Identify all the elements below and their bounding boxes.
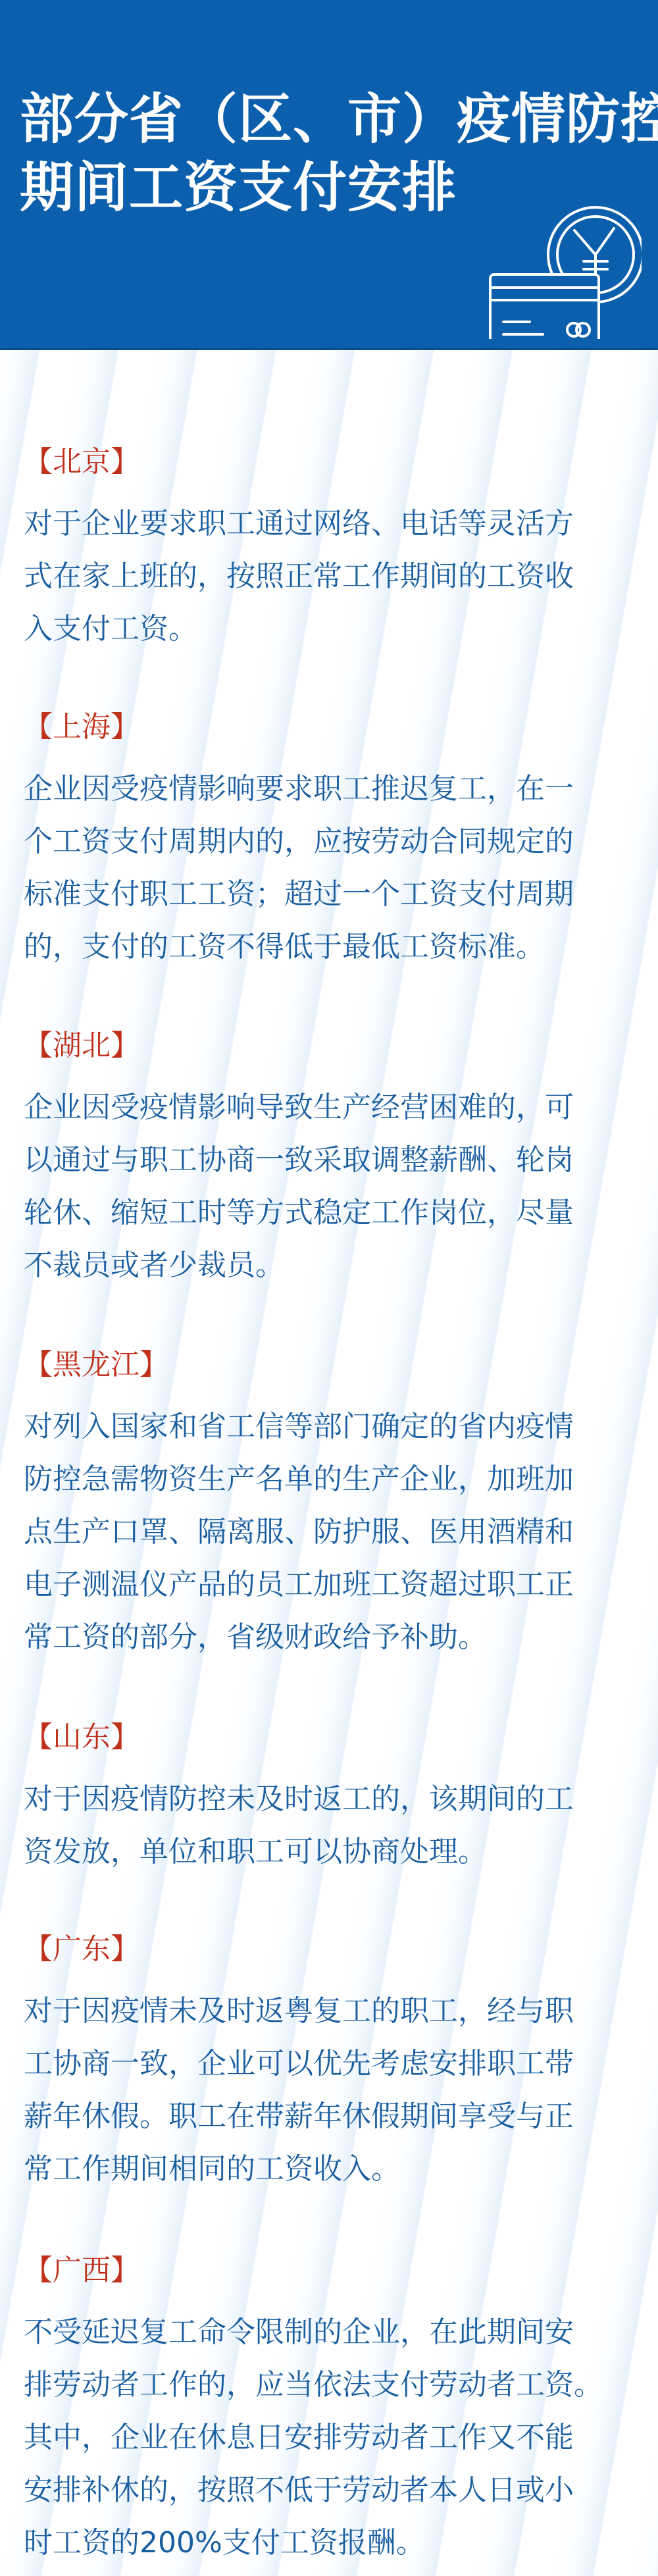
text-line: 不裁员或者少裁员。 — [24, 1239, 649, 1292]
header-banner: 部分省（区、市）疫情防控 期间工资支付安排 — [0, 0, 658, 350]
text-line: 企业因受疫情影响要求职工推迟复工，在一 — [24, 763, 649, 815]
text-line: 点生产口罩、隔离服、防护服、医用酒精和 — [24, 1506, 649, 1558]
section-guangxi: 【广西】 不受延迟复工命令限制的企业，在此期间安 排劳动者工作的，应当依法支付劳… — [24, 2251, 649, 2569]
region-heading: 【北京】 — [24, 442, 649, 482]
section-hubei: 【湖北】 企业因受疫情影响导致生产经营困难的，可 以通过与职工协商一致采取调整薪… — [24, 1026, 649, 1292]
section-text: 对列入国家和省工信等部门确定的省内疫情 防控急需物资生产名单的生产企业，加班加 … — [24, 1401, 649, 1664]
text-line: 对于因疫情未及时返粤复工的职工，经与职 — [24, 1985, 649, 2038]
region-heading: 【山东】 — [24, 1718, 649, 1757]
text-line: 的，支付的工资不得低于最低工资标准。 — [24, 921, 649, 973]
text-line: 常工资的部分，省级财政给予补助。 — [24, 1611, 649, 1664]
text-line: 资发放，单位和职工可以协商处理。 — [24, 1826, 649, 1878]
text-line: 入支付工资。 — [24, 603, 649, 656]
text-line: 安排补休的，按照不低于劳动者本人日或小 — [24, 2464, 649, 2517]
section-text: 对于因疫情防控未及时返工的，该期间的工 资发放，单位和职工可以协商处理。 — [24, 1773, 649, 1878]
text-line: 对于企业要求职工通过网络、电话等灵活方 — [24, 498, 649, 550]
text-line: 个工资支付周期内的，应按劳动合同规定的 — [24, 815, 649, 868]
text-line: 轮休、缩短工时等方式稳定工作岗位，尽量 — [24, 1187, 649, 1239]
text-line: 时工资的200%支付工资报酬。 — [24, 2517, 649, 2569]
text-line: 排劳动者工作的，应当依法支付劳动者工资。 — [24, 2359, 649, 2411]
section-beijing: 【北京】 对于企业要求职工通过网络、电话等灵活方 式在家上班的，按照正常工作期间… — [24, 442, 649, 656]
section-text: 不受延迟复工命令限制的企业，在此期间安 排劳动者工作的，应当依法支付劳动者工资。… — [24, 2306, 649, 2569]
section-heilongjiang: 【黑龙江】 对列入国家和省工信等部门确定的省内疫情 防控急需物资生产名单的生产企… — [24, 1345, 649, 1664]
content-area: 【北京】 对于企业要求职工通过网络、电话等灵活方 式在家上班的，按照正常工作期间… — [0, 350, 658, 2576]
section-text: 企业因受疫情影响要求职工推迟复工，在一 个工资支付周期内的，应按劳动合同规定的 … — [24, 763, 649, 973]
credit-card-yuan-coin-icon — [477, 201, 642, 339]
section-text: 对于因疫情未及时返粤复工的职工，经与职 工协商一致，企业可以优先考虑安排职工带 … — [24, 1985, 649, 2196]
text-line: 薪年休假。职工在带薪年休假期间享受与正 — [24, 2090, 649, 2143]
region-heading: 【上海】 — [24, 708, 649, 747]
text-line: 以通过与职工协商一致采取调整薪酬、轮岗 — [24, 1134, 649, 1187]
text-line: 防控急需物资生产名单的生产企业，加班加 — [24, 1453, 649, 1506]
text-line: 企业因受疫情影响导致生产经营困难的，可 — [24, 1081, 649, 1134]
title-line-1: 部分省（区、市）疫情防控 — [20, 86, 658, 154]
section-shanghai: 【上海】 企业因受疫情影响要求职工推迟复工，在一 个工资支付周期内的，应按劳动合… — [24, 708, 649, 973]
text-line: 不受延迟复工命令限制的企业，在此期间安 — [24, 2306, 649, 2359]
section-shandong: 【山东】 对于因疫情防控未及时返工的，该期间的工 资发放，单位和职工可以协商处理… — [24, 1718, 649, 1878]
region-heading: 【湖北】 — [24, 1026, 649, 1066]
text-line: 其中，企业在休息日安排劳动者工作又不能 — [24, 2411, 649, 2464]
section-text: 企业因受疫情影响导致生产经营困难的，可 以通过与职工协商一致采取调整薪酬、轮岗 … — [24, 1081, 649, 1292]
text-line: 标准支付职工工资；超过一个工资支付周期 — [24, 868, 649, 921]
text-line: 对于因疫情防控未及时返工的，该期间的工 — [24, 1773, 649, 1826]
text-line: 对列入国家和省工信等部门确定的省内疫情 — [24, 1401, 649, 1453]
region-heading: 【黑龙江】 — [24, 1345, 649, 1385]
text-line: 式在家上班的，按照正常工作期间的工资收 — [24, 550, 649, 603]
text-line: 常工作期间相同的工资收入。 — [24, 2143, 649, 2196]
section-guangdong: 【广东】 对于因疫情未及时返粤复工的职工，经与职 工协商一致，企业可以优先考虑安… — [24, 1930, 649, 2196]
section-text: 对于企业要求职工通过网络、电话等灵活方 式在家上班的，按照正常工作期间的工资收 … — [24, 498, 649, 656]
text-line: 工协商一致，企业可以优先考虑安排职工带 — [24, 2038, 649, 2090]
region-heading: 【广西】 — [24, 2251, 649, 2290]
text-line: 电子测温仪产品的员工加班工资超过职工正 — [24, 1558, 649, 1611]
region-heading: 【广东】 — [24, 1930, 649, 1969]
